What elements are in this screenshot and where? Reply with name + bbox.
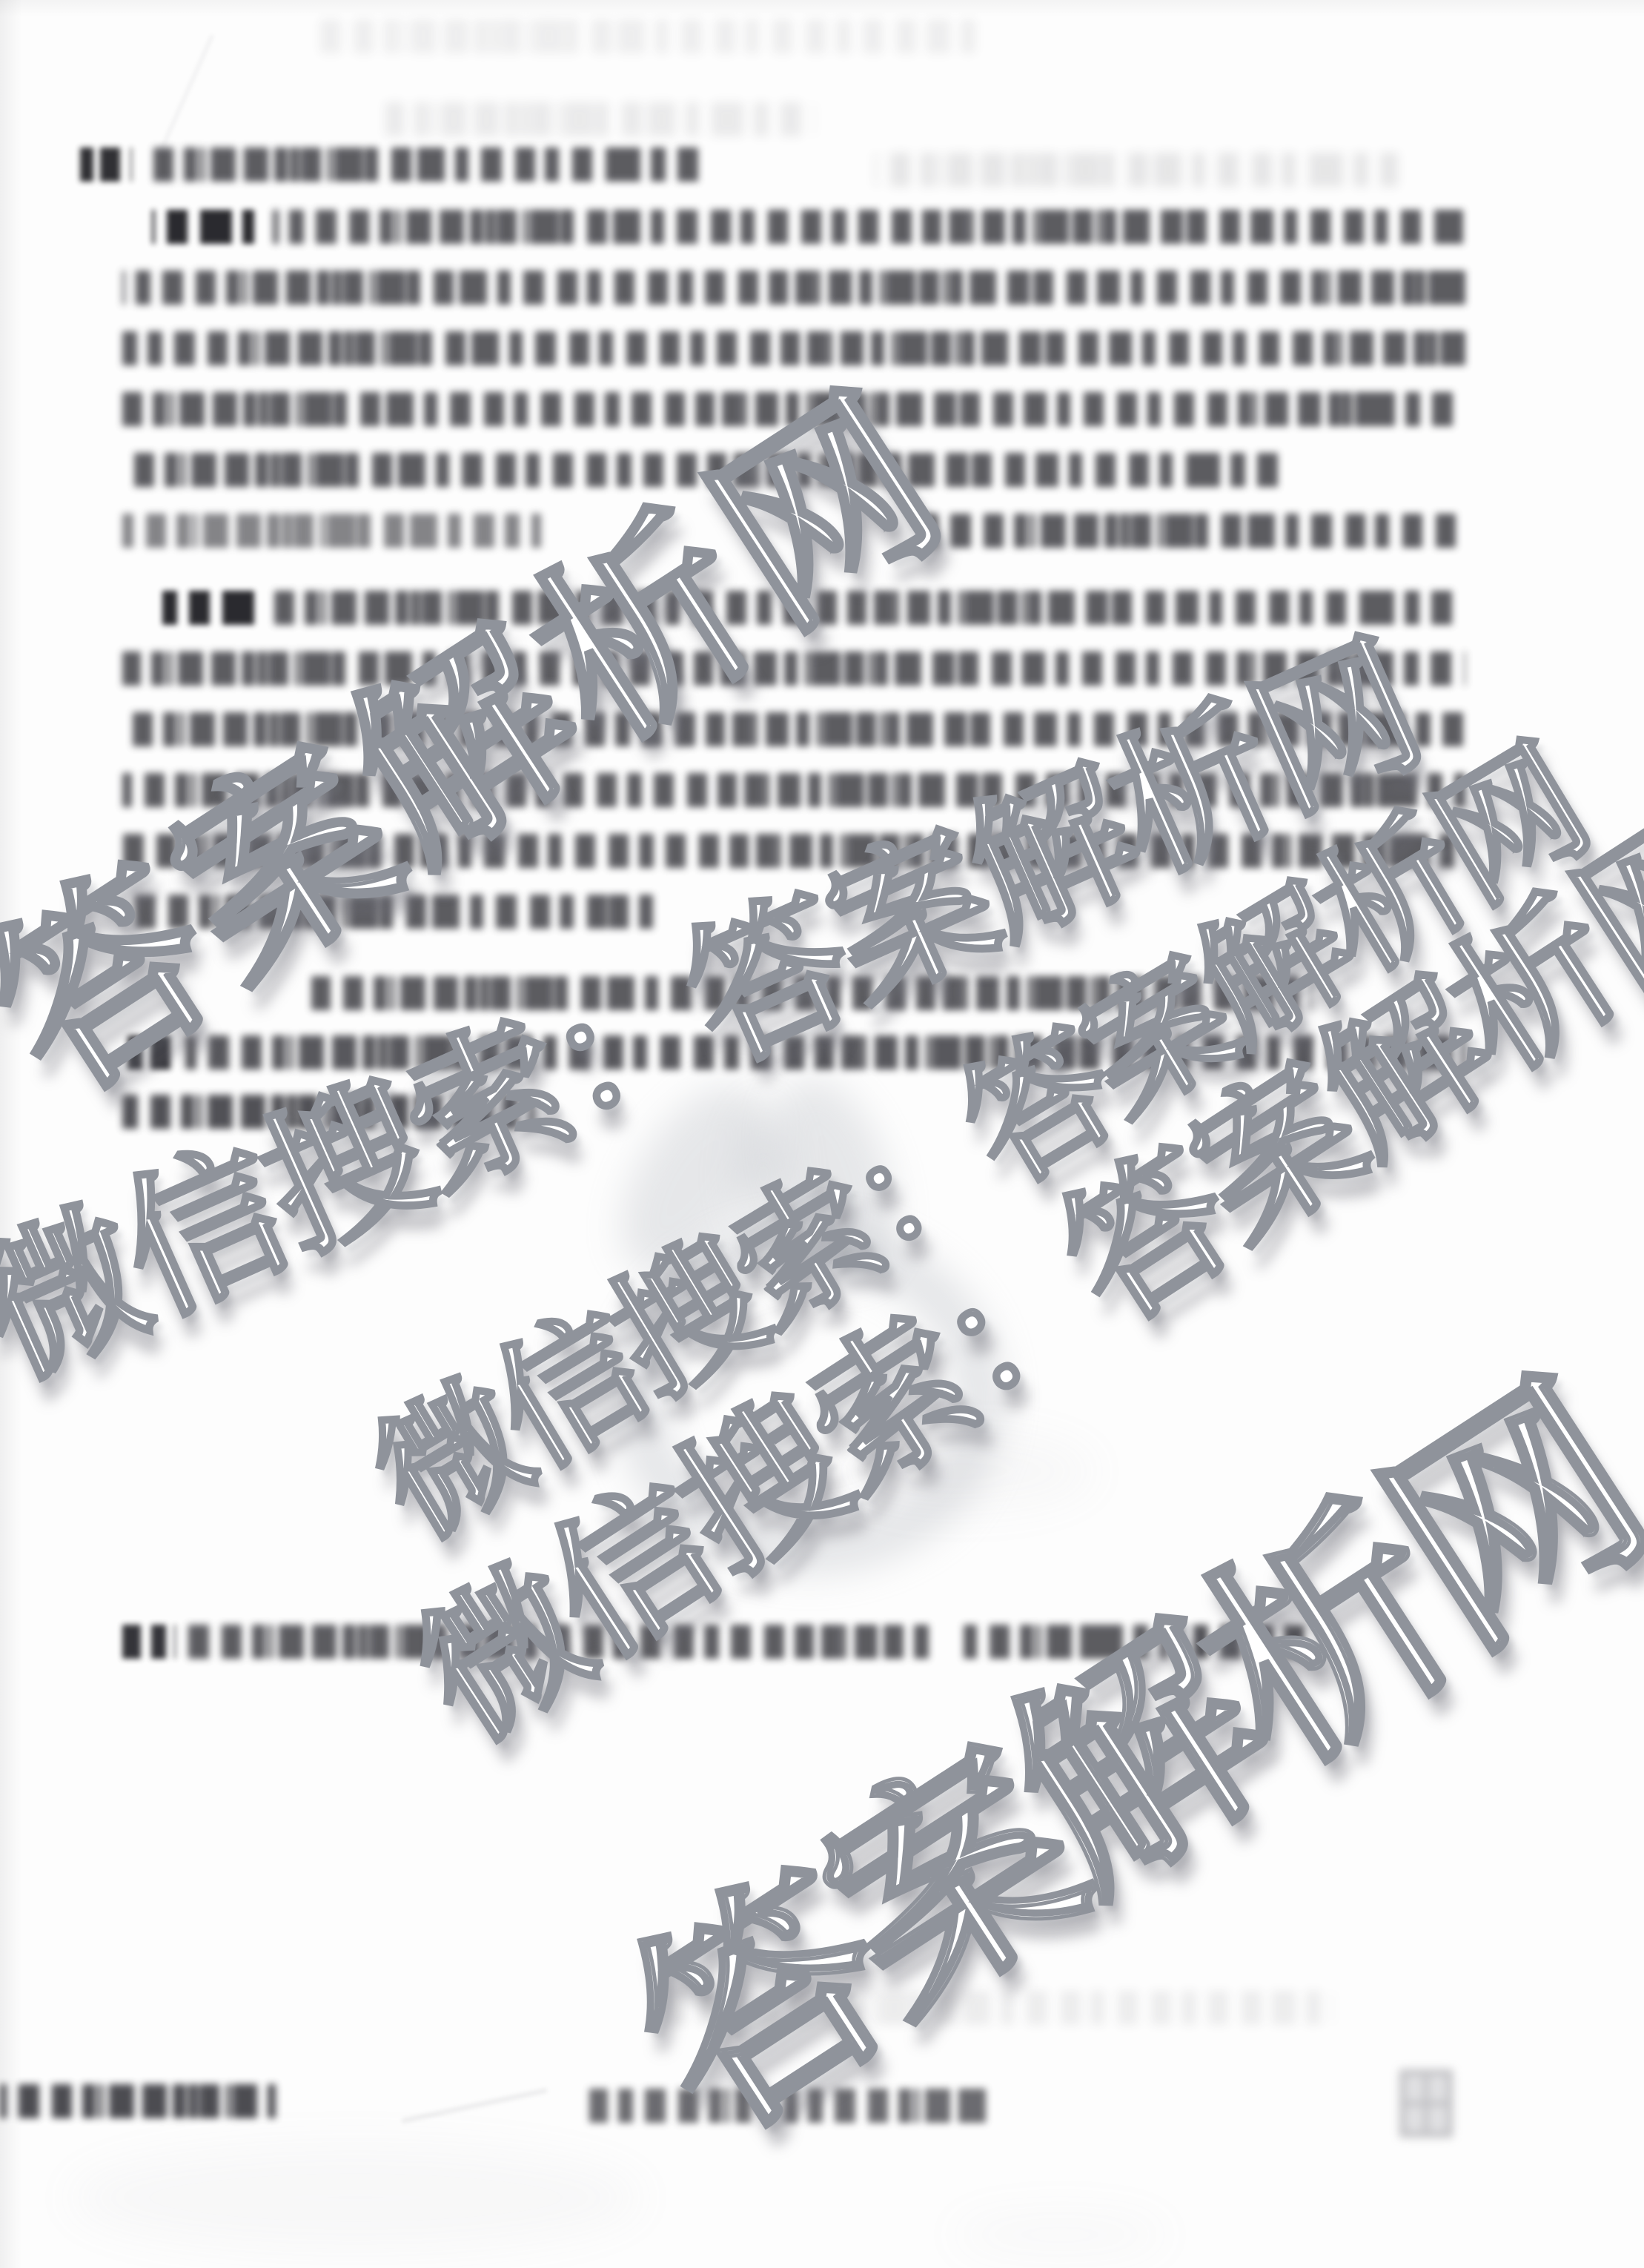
watermark-layer: 答案解析网微信搜索：答案解析网微信搜索：答案解析网微信搜索：答案解析网答案解析网	[0, 0, 1644, 2268]
scanned-exam-page: 答案解析网微信搜索：答案解析网微信搜索：答案解析网微信搜索：答案解析网答案解析网	[0, 0, 1644, 2268]
